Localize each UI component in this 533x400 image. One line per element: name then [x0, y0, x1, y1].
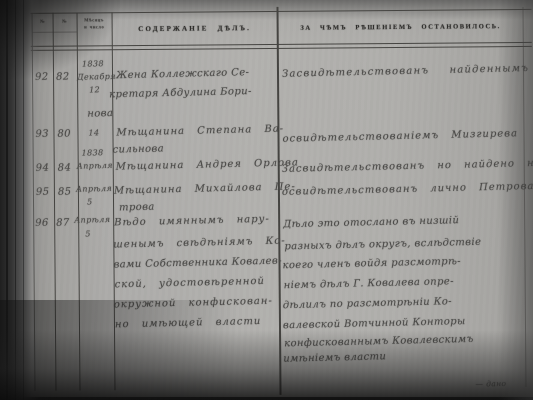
entry-content-line: Жена Коллежскаго Се-: [116, 67, 250, 81]
page-curl-shadow: [0, 0, 120, 80]
entry-date-month: Апрѣля: [77, 161, 113, 171]
entry-number-secondary: 84: [58, 162, 72, 173]
entry-resolution-line: Дѣло это отослано въ низшій: [283, 215, 459, 230]
entry-content-line: Мѣщанина Степана Ва-: [116, 124, 284, 139]
column-header-case-contents: СОДЕРЖАНІЕ ДѢЛЪ.: [114, 24, 276, 33]
entry-content-line: трова: [119, 202, 155, 214]
scanned-ledger-page: № № Мѣсяцъ и число СОДЕРЖАНІЕ ДѢЛЪ. ЗА Ч…: [0, 0, 533, 400]
entry-content-line: шенымъ свѣдѣніямъ Ко-: [113, 235, 286, 250]
entry-resolution-line: освидѣтельствованіемъ Мизгирева: [282, 128, 518, 145]
entry-resolution-line: коего членъ войдя разсмотрѣ-: [282, 256, 461, 271]
entry-resolution-line: валевской Вотчинной Конторы: [283, 316, 466, 331]
entry-content-line: кретаря Абдулина Бори-: [109, 86, 252, 100]
entry-content-line: Мѣщанина Михайлова Пе-: [114, 181, 296, 196]
bottom-edge-shadow: [0, 330, 533, 400]
entry-content-line: Вѣдо имяннымъ нару-: [114, 214, 270, 229]
entry-content-line: сильнова: [112, 143, 164, 155]
entry-date-day: 5: [85, 229, 91, 238]
entry-resolution-line: дѣлилъ по разсмотрѣніи Ко-: [283, 296, 452, 311]
entry-number-secondary: 80: [57, 128, 71, 139]
column-header-resolution: ЗА ЧѢМЪ РѢШЕНІЕМЪ ОСТАНОВИЛОСЬ.: [281, 23, 521, 32]
entry-date-month: Апрѣля: [74, 215, 110, 225]
entry-resolution-line: ніемъ дѣлъ Г. Ковалева опре-: [284, 276, 455, 291]
entry-date-year: 1838: [82, 148, 104, 158]
entry-content-line: Мѣщанина Андрея Орлова: [116, 157, 299, 172]
entry-content-line: вами Собственника Ковалев-: [113, 256, 282, 271]
right-edge-shadow: [498, 0, 533, 400]
entry-resolution-line: разныхъ дѣлъ округъ, вслѣдствіе: [284, 237, 481, 253]
entry-content-line: ской, удостовѣренной: [115, 276, 265, 291]
entry-resolution-line: освидѣтельствованъ лично Петрова: [282, 181, 533, 198]
entry-number-secondary: 87: [56, 217, 70, 228]
entry-resolution-line: Засвидѣтельствованъ найденнымъ: [282, 63, 529, 80]
entry-number-secondary: 85: [58, 186, 72, 197]
entry-date-month: Апрѣля: [76, 184, 112, 194]
entry-content-line: нова: [87, 108, 113, 120]
entry-resolution-line: Засвидѣтельствованъ но найдено не: [282, 158, 533, 175]
entry-date-day: 5: [87, 197, 93, 206]
entry-date-day: 14: [88, 128, 99, 137]
entry-date-day: 12: [89, 85, 100, 94]
